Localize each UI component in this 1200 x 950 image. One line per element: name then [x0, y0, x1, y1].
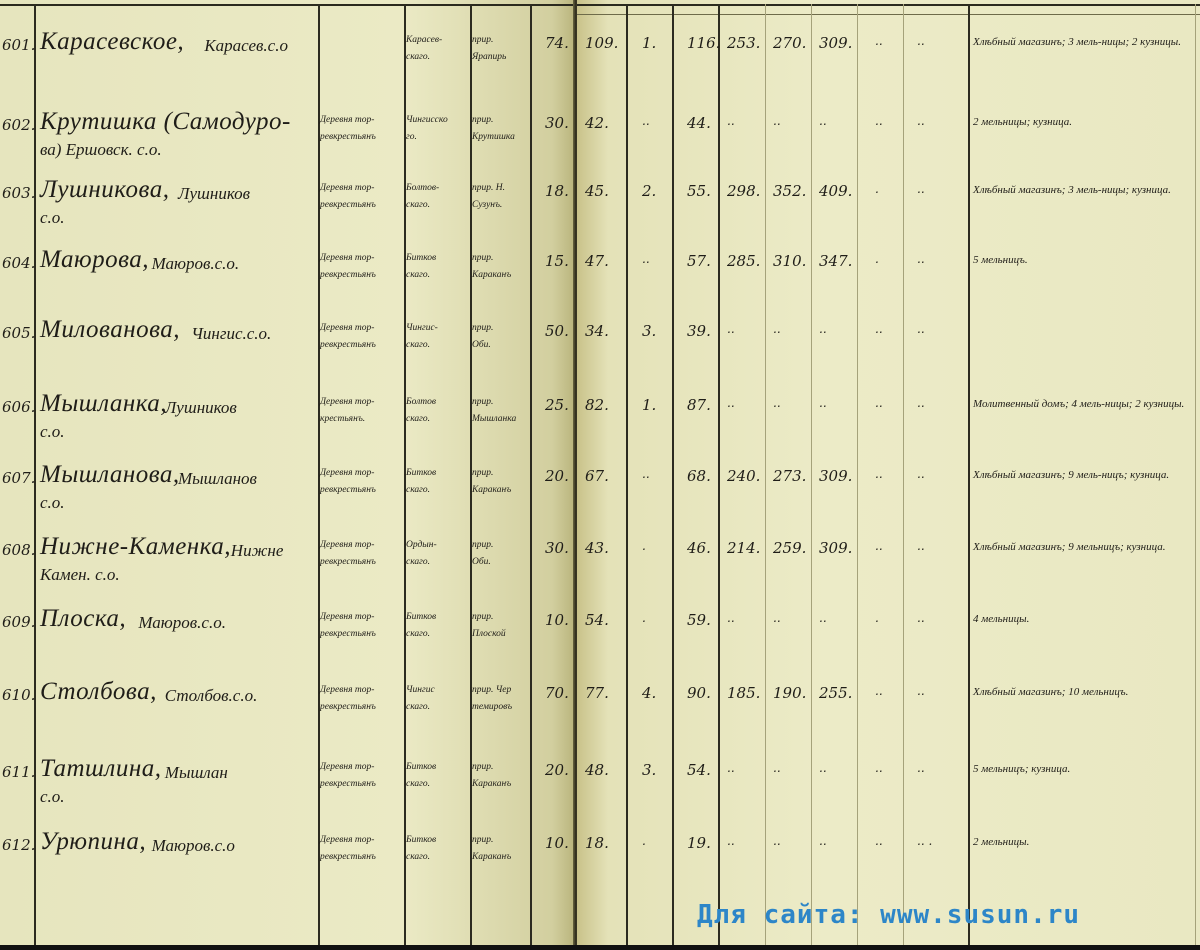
settlement-type: Деревня тор- [320, 250, 374, 267]
distance-value: 10. [545, 834, 569, 852]
settlement-name: Мышланка, [40, 390, 167, 418]
numeric-cell: 109. [585, 34, 618, 52]
row-number: 607. [2, 469, 35, 487]
numeric-cell: .. [917, 539, 925, 553]
settlement-type: Деревня тор- [320, 394, 374, 411]
numeric-cell: .. [819, 611, 827, 625]
bottom-edge [0, 945, 1200, 950]
remarks-cell: Молитвенный домъ; 4 мель-ницы; 2 кузницы… [973, 394, 1193, 414]
settlement-name-continued: ва) Ершовск. с.о. [40, 140, 162, 160]
numeric-cell: 190. [773, 684, 806, 702]
water-source: прир. [472, 537, 493, 554]
numeric-cell: .. [773, 322, 781, 336]
numeric-cell: .. [875, 684, 883, 698]
remarks-cell: 4 мельницы. [973, 609, 1193, 629]
volost-continued: скаго. [406, 776, 430, 793]
distance-value: 70. [545, 684, 569, 702]
row-number: 604. [2, 254, 35, 272]
numeric-cell: 1. [642, 396, 656, 414]
settlement-name: Маюрова, [40, 246, 149, 274]
settlement-type: Деревня тор- [320, 180, 374, 197]
numeric-cell: 185. [727, 684, 760, 702]
row-number: 608. [2, 541, 35, 559]
water-source-continued: Ярапирь [472, 49, 506, 66]
column-rule [530, 4, 532, 946]
settlement-type: Деревня тор- [320, 320, 374, 337]
numeric-cell: .. [917, 761, 925, 775]
volost: Битков [406, 465, 436, 482]
numeric-cell: 273. [773, 467, 806, 485]
remarks-cell: 5 мельницъ. [973, 250, 1193, 270]
top-rule [577, 4, 1200, 6]
numeric-cell: .. [642, 252, 650, 266]
settlement-name: Милованова, [40, 316, 180, 344]
numeric-cell: 77. [585, 684, 609, 702]
numeric-cell: .. [819, 834, 827, 848]
water-source: прир. [472, 250, 493, 267]
volost-continued: скаго. [406, 197, 430, 214]
volost: Чингис- [406, 320, 438, 337]
numeric-cell: .. [642, 467, 650, 481]
row-number: 609. [2, 613, 35, 631]
remarks-cell: 5 мельницъ; кузница. [973, 759, 1193, 779]
settlement-name: Лушникова, [40, 176, 169, 204]
settlement-type: Деревня тор- [320, 682, 374, 699]
column-rule [903, 4, 904, 946]
numeric-cell: 18. [585, 834, 609, 852]
column-rule [718, 4, 720, 946]
settlement-name: Татшлина, [40, 755, 161, 783]
water-source-continued: Караканъ [472, 267, 511, 284]
settlement-name-continued: с.о. [40, 422, 65, 442]
parish-reference: Маюров.с.о. [138, 613, 226, 633]
volost-continued: скаго. [406, 411, 430, 428]
volost-continued: скаго. [406, 554, 430, 571]
settlement-name: Карасевское, [40, 28, 184, 56]
numeric-cell: 240. [727, 467, 760, 485]
parish-reference: Столбов.с.о. [165, 686, 258, 706]
volost-continued: скаго. [406, 337, 430, 354]
numeric-cell: 3. [642, 761, 656, 779]
parish-reference: Чингис.с.о. [191, 324, 271, 344]
numeric-cell: 309. [819, 467, 852, 485]
numeric-cell: 309. [819, 34, 852, 52]
numeric-cell: 55. [687, 182, 711, 200]
remarks-cell: 2 мельницы; кузница. [973, 112, 1193, 132]
numeric-cell: 19. [687, 834, 711, 852]
settlement-type-continued: ревкрестьянъ [320, 626, 376, 643]
numeric-cell: 255. [819, 684, 852, 702]
volost: Чингис [406, 682, 435, 699]
numeric-cell: 285. [727, 252, 760, 270]
volost-continued: скаго. [406, 267, 430, 284]
distance-value: 10. [545, 611, 569, 629]
distance-value: 30. [545, 114, 569, 132]
settlement-type-continued: ревкрестьянъ [320, 267, 376, 284]
numeric-cell: .. [917, 322, 925, 336]
numeric-cell: 352. [773, 182, 806, 200]
numeric-cell: .. [875, 834, 883, 848]
numeric-cell: .. [727, 834, 735, 848]
numeric-cell: 42. [585, 114, 609, 132]
settlement-type: Деревня тор- [320, 537, 374, 554]
settlement-name-continued: Камен. с.о. [40, 565, 120, 585]
remarks-cell: 2 мельницы. [973, 832, 1193, 852]
distance-value: 20. [545, 761, 569, 779]
parish-reference: Карасев.с.о [204, 36, 288, 56]
numeric-cell: 45. [585, 182, 609, 200]
column-rule [672, 4, 674, 946]
water-source: прир. [472, 465, 493, 482]
volost: Битков [406, 250, 436, 267]
parish-reference: Мышланов [178, 469, 257, 489]
numeric-cell: . [642, 611, 646, 625]
numeric-cell: 57. [687, 252, 711, 270]
parish-reference: Мышлан [165, 763, 228, 783]
volost-continued: скаго. [406, 699, 430, 716]
numeric-cell: 4. [642, 684, 656, 702]
column-rule [765, 4, 766, 946]
water-source-continued: Сузунъ. [472, 197, 502, 214]
row-number: 610. [2, 686, 35, 704]
numeric-cell: .. [727, 761, 735, 775]
row-number: 612. [2, 836, 35, 854]
numeric-cell: .. [875, 761, 883, 775]
distance-value: 50. [545, 322, 569, 340]
water-source-continued: Мышланка [472, 411, 516, 428]
numeric-cell: .. [727, 396, 735, 410]
water-source: прир. Н. [472, 180, 505, 197]
numeric-cell: 68. [687, 467, 711, 485]
numeric-cell: .. . [917, 834, 932, 848]
numeric-cell: 82. [585, 396, 609, 414]
numeric-cell: 87. [687, 396, 711, 414]
volost-continued: го. [406, 129, 417, 146]
row-number: 611. [2, 763, 35, 781]
volost: Болтов [406, 394, 436, 411]
water-source-continued: Крутишка [472, 129, 515, 146]
numeric-cell: .. [917, 114, 925, 128]
numeric-cell: 54. [687, 761, 711, 779]
numeric-cell: .. [917, 396, 925, 410]
numeric-cell: .. [773, 396, 781, 410]
column-rule [1195, 4, 1196, 946]
water-source-continued: Караканъ [472, 482, 511, 499]
volost-continued: скаго. [406, 49, 430, 66]
numeric-cell: .. [875, 114, 883, 128]
numeric-cell: .. [819, 396, 827, 410]
volost: Битков [406, 609, 436, 626]
water-source-continued: темировъ [472, 699, 512, 716]
numeric-cell: .. [917, 467, 925, 481]
water-source: прир. [472, 320, 493, 337]
column-rule [626, 4, 628, 946]
watermark: Для сайта: www.susun.ru [697, 900, 1080, 930]
settlement-name: Столбова, [40, 678, 157, 706]
row-number: 603. [2, 184, 35, 202]
settlement-name-continued: с.о. [40, 493, 65, 513]
settlement-name: Плоска, [40, 605, 126, 633]
numeric-cell: . [642, 539, 646, 553]
settlement-name: Нижне-Каменка, [40, 533, 231, 561]
numeric-cell: .. [875, 467, 883, 481]
parish-reference: Маюров.с.о. [152, 254, 240, 274]
distance-value: 20. [545, 467, 569, 485]
numeric-cell: 44. [687, 114, 711, 132]
parish-reference: Маюров.с.о [152, 836, 235, 856]
water-source: прир. [472, 609, 493, 626]
numeric-cell: 309. [819, 539, 852, 557]
settlement-type-continued: ревкрестьянъ [320, 129, 376, 146]
numeric-cell: 116. [687, 34, 720, 52]
numeric-cell: .. [727, 322, 735, 336]
numeric-cell: 214. [727, 539, 760, 557]
settlement-type: Деревня тор- [320, 465, 374, 482]
numeric-cell: . [875, 252, 879, 266]
water-source: прир. [472, 759, 493, 776]
numeric-cell: .. [917, 684, 925, 698]
settlement-name-continued: с.о. [40, 208, 65, 228]
numeric-cell: .. [875, 539, 883, 553]
settlement-type-continued: ревкрестьянъ [320, 482, 376, 499]
volost: Болтов- [406, 180, 439, 197]
numeric-cell: 46. [687, 539, 711, 557]
numeric-cell: 48. [585, 761, 609, 779]
numeric-cell: 90. [687, 684, 711, 702]
row-number: 606. [2, 398, 35, 416]
volost: Битков [406, 759, 436, 776]
column-rule [811, 4, 812, 946]
numeric-cell: 253. [727, 34, 760, 52]
settlement-name-continued: с.о. [40, 787, 65, 807]
left-page: 601.Карасевское,Карасев.с.оКарасев-скаго… [0, 0, 575, 946]
row-number: 605. [2, 324, 35, 342]
settlement-type: Деревня тор- [320, 759, 374, 776]
top-rule [0, 4, 575, 6]
settlement-name: Крутишка (Самодуро- [40, 108, 291, 136]
numeric-cell: .. [773, 114, 781, 128]
settlement-type: Деревня тор- [320, 609, 374, 626]
numeric-cell: .. [917, 34, 925, 48]
remarks-cell: Хлѣбный магазинъ; 10 мельницъ. [973, 682, 1193, 702]
parish-reference: Лушников [165, 398, 237, 418]
numeric-cell: 43. [585, 539, 609, 557]
numeric-cell: .. [642, 114, 650, 128]
settlement-type-continued: ревкрестьянъ [320, 337, 376, 354]
distance-value: 25. [545, 396, 569, 414]
volost-continued: скаго. [406, 482, 430, 499]
volost: Ордын- [406, 537, 437, 554]
settlement-name: Урюпина, [40, 828, 146, 856]
distance-value: 15. [545, 252, 569, 270]
numeric-cell: 409. [819, 182, 852, 200]
water-source: прир. [472, 112, 493, 129]
right-page: 109.1.116.253.270.309.....Хлѣбный магази… [577, 0, 1200, 946]
remarks-cell: Хлѣбный магазинъ; 3 мель-ницы; 2 кузницы… [973, 32, 1193, 52]
numeric-cell: . [875, 611, 879, 625]
water-source-continued: Оби. [472, 554, 491, 571]
numeric-cell: 59. [687, 611, 711, 629]
distance-value: 74. [545, 34, 569, 52]
water-source: прир. [472, 394, 493, 411]
water-source: прир. [472, 832, 493, 849]
water-source-continued: Плоской [472, 626, 506, 643]
volost: Битков [406, 832, 436, 849]
numeric-cell: 54. [585, 611, 609, 629]
numeric-cell: .. [917, 611, 925, 625]
numeric-cell: .. [917, 252, 925, 266]
numeric-cell: .. [727, 611, 735, 625]
numeric-cell: 34. [585, 322, 609, 340]
column-rule [968, 4, 970, 946]
row-number: 602. [2, 116, 35, 134]
volost: Карасев- [406, 32, 442, 49]
numeric-cell: . [642, 834, 646, 848]
numeric-cell: 67. [585, 467, 609, 485]
numeric-cell: 259. [773, 539, 806, 557]
numeric-cell: .. [819, 114, 827, 128]
numeric-cell: 39. [687, 322, 711, 340]
settlement-type-continued: ревкрестьянъ [320, 699, 376, 716]
distance-value: 18. [545, 182, 569, 200]
numeric-cell: .. [727, 114, 735, 128]
numeric-cell: 310. [773, 252, 806, 270]
numeric-cell: .. [773, 761, 781, 775]
row-number: 601. [2, 36, 35, 54]
numeric-cell: .. [875, 322, 883, 336]
settlement-type-continued: крестьянъ. [320, 411, 365, 428]
numeric-cell: .. [819, 322, 827, 336]
numeric-cell: .. [819, 761, 827, 775]
numeric-cell: 298. [727, 182, 760, 200]
parish-reference: Нижне [231, 541, 284, 561]
numeric-cell: . [875, 182, 879, 196]
settlement-type: Деревня тор- [320, 112, 374, 129]
settlement-name: Мышланова, [40, 461, 180, 489]
settlement-type-continued: ревкрестьянъ [320, 197, 376, 214]
remarks-cell: Хлѣбный магазинъ; 9 мельницъ; кузница. [973, 537, 1193, 557]
volost-continued: скаго. [406, 626, 430, 643]
settlement-type-continued: ревкрестьянъ [320, 849, 376, 866]
top-rule [577, 14, 1200, 15]
column-rule [857, 4, 858, 946]
distance-value: 30. [545, 539, 569, 557]
water-source-continued: Оби. [472, 337, 491, 354]
settlement-type: Деревня тор- [320, 832, 374, 849]
numeric-cell: .. [773, 611, 781, 625]
volost: Чингисско [406, 112, 448, 129]
parish-reference: Лушников [178, 184, 250, 204]
volost-continued: скаго. [406, 849, 430, 866]
numeric-cell: 47. [585, 252, 609, 270]
water-source: прир. Чер [472, 682, 511, 699]
remarks-cell: Хлѣбный магазинъ; 3 мель-ницы; кузница. [973, 180, 1193, 200]
numeric-cell: .. [875, 34, 883, 48]
remarks-cell: Хлѣбный магазинъ; 9 мель-ницъ; кузница. [973, 465, 1193, 485]
settlement-type-continued: ревкрестьянъ [320, 776, 376, 793]
numeric-cell: .. [917, 182, 925, 196]
water-source-continued: Караканъ [472, 849, 511, 866]
numeric-cell: .. [773, 834, 781, 848]
water-source-continued: Караканъ [472, 776, 511, 793]
numeric-cell: 2. [642, 182, 656, 200]
numeric-cell: 347. [819, 252, 852, 270]
water-source: прир. [472, 32, 493, 49]
settlement-type-continued: ревкрестьянъ [320, 554, 376, 571]
numeric-cell: 270. [773, 34, 806, 52]
numeric-cell: .. [875, 396, 883, 410]
numeric-cell: 1. [642, 34, 656, 52]
numeric-cell: 3. [642, 322, 656, 340]
